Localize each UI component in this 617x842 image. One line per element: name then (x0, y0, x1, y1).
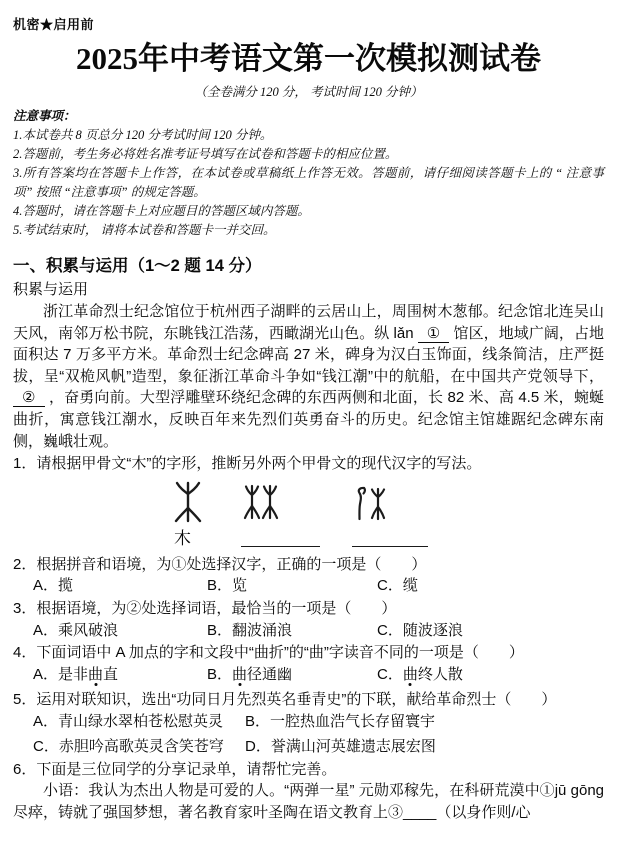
question-2: 2．根据拼音和语境，为①处选择汉字，正确的一项是（ ） A．揽 B．览 C．缆 (13, 554, 604, 597)
question-2-options: A．揽 B．览 C．缆 (13, 575, 604, 597)
answer-blank-1 (241, 546, 320, 547)
q4-option-a-pre: A．是非 (33, 666, 88, 683)
notice-item-4: 4.答题时，请在答题卡上对应题目的答题区域内答题。 (13, 202, 604, 221)
question-5-options-row-2: C．赤胆吟高歌英灵含笑苍穹 D．誉满山河英雄遗志展宏图 (13, 736, 604, 758)
question-3-options: A．乘风破浪 B．翻波涌浪 C．随波逐浪 (13, 620, 604, 642)
q4-option-c-post: 终人散 (418, 666, 463, 683)
notice-item-2: 2.答题前，考生务必将姓名准考证号填写在试卷和答题卡的相应位置。 (13, 145, 604, 164)
q3-option-b: B．翻波涌浪 (207, 620, 377, 642)
question-4-stem: 4．下面词语中 A 加点的字和文段中“曲折”的“曲”字读音不同的一项是（ ） (13, 642, 604, 664)
q5-option-b: B．一腔热血浩气长存留寰宇 (245, 711, 604, 733)
q4-option-b-post: 径通幽 (247, 666, 292, 683)
q4-option-b: B．曲径通幽 (207, 664, 377, 686)
question-5-options-row-1: A．青山绿水翠柏苍松慰英灵 B．一腔热血浩气长存留寰宇 (13, 711, 604, 733)
q4-option-c-pre: C． (377, 666, 403, 683)
q4-option-c: C．曲终人散 (377, 664, 604, 686)
glyph-answer-label-mu: 木 (174, 528, 191, 550)
notice-heading: 注意事项： (13, 107, 604, 126)
q5-option-c: C．赤胆吟高歌英灵含笑苍穹 (33, 736, 245, 758)
q4-option-a-post: 直 (103, 666, 118, 683)
notice-item-3: 3.所有答案均在答题卡上作答，在本试卷或草稿纸上作答无效。答题前，请仔细阅读答题… (13, 164, 604, 202)
notice-section: 注意事项： 1.本试卷共 8 页总分 120 分考试时间 120 分钟。 2.答… (13, 107, 604, 240)
oracle-bone-xiu-icon (352, 485, 390, 521)
passage-blank-2: ② (13, 389, 45, 407)
section-subheading: 积累与运用 (13, 279, 604, 300)
question-6: 6．下面是三位同学的分享记录单，请帮忙完善。 小语：我认为杰出人物是可爱的人。“… (13, 759, 604, 824)
passage-blank-1: ① (418, 325, 450, 343)
oracle-bone-figure: 木 (13, 480, 604, 553)
question-1: 1．请根据甲骨文“木”的字形，推断另外两个甲骨文的现代汉字的写法。 (13, 453, 604, 553)
q5-option-a: A．青山绿水翠柏苍松慰英灵 (33, 711, 245, 733)
q4-option-b-dotted-char: 曲 (232, 666, 247, 683)
q6-share-paragraph: 小语：我认为杰出人物是可爱的人。“两弹一星” 元勋邓稼先，在科研荒漠中①jū g… (13, 780, 604, 823)
question-1-stem: 1．请根据甲骨文“木”的字形，推断另外两个甲骨文的现代汉字的写法。 (13, 453, 604, 475)
exam-subtitle: （全卷满分 120 分， 考试时间 120 分钟） (13, 85, 604, 100)
q4-option-a: A．是非曲直 (33, 664, 207, 686)
q2-option-c: C．缆 (377, 575, 604, 597)
q3-option-a: A．乘风破浪 (33, 620, 207, 642)
question-5: 5．运用对联知识，选出“功同日月先烈英名垂青史”的下联，献给革命烈士（ ） A．… (13, 689, 604, 757)
section-one-heading: 一、积累与运用（1～2 题 14 分） (13, 255, 604, 277)
answer-blank-2 (352, 546, 428, 547)
reading-passage: 浙江革命烈士纪念馆位于杭州西子湖畔的云居山上，周围树木葱郁。纪念馆北连吴山天风，… (13, 301, 604, 452)
q5-option-d: D．誉满山河英雄遗志展宏图 (245, 736, 604, 758)
question-6-stem: 6．下面是三位同学的分享记录单，请帮忙完善。 (13, 759, 604, 781)
question-4-options: A．是非曲直 B．曲径通幽 C．曲终人散 (13, 664, 604, 686)
confidential-label: 机密★启用前 (13, 14, 604, 33)
oracle-bone-mu-icon (173, 481, 203, 523)
oracle-bone-lin-icon (242, 484, 280, 520)
q2-option-a: A．揽 (33, 575, 207, 597)
question-2-stem: 2．根据拼音和语境，为①处选择汉字，正确的一项是（ ） (13, 554, 604, 576)
question-3-stem: 3．根据语境，为②处选择词语，最恰当的一项是（ ） (13, 598, 604, 620)
question-3: 3．根据语境，为②处选择词语，最恰当的一项是（ ） A．乘风破浪 B．翻波涌浪 … (13, 598, 604, 641)
q4-option-a-dotted-char: 曲 (88, 666, 103, 683)
q2-option-b: B．览 (207, 575, 377, 597)
exam-title: 2025年中考语文第一次模拟测试卷 (13, 42, 604, 76)
notice-item-5: 5.考试结束时， 请将本试卷和答题卡一并交回。 (13, 221, 604, 240)
notice-item-1: 1.本试卷共 8 页总分 120 分考试时间 120 分钟。 (13, 126, 604, 145)
question-5-stem: 5．运用对联知识，选出“功同日月先烈英名垂青史”的下联，献给革命烈士（ ） (13, 689, 604, 711)
q3-option-c: C．随波逐浪 (377, 620, 604, 642)
question-4: 4．下面词语中 A 加点的字和文段中“曲折”的“曲”字读音不同的一项是（ ） A… (13, 642, 604, 685)
q4-option-c-dotted-char: 曲 (403, 666, 418, 683)
exam-paper-page: 机密★启用前 2025年中考语文第一次模拟测试卷 （全卷满分 120 分， 考试… (0, 0, 617, 842)
q4-option-b-pre: B． (207, 666, 232, 683)
passage-segment-3: ，奋勇向前。大型浮雕壁环绕纪念碑的东西两侧和北面，长 82 米、高 4.5 米，… (13, 389, 604, 449)
